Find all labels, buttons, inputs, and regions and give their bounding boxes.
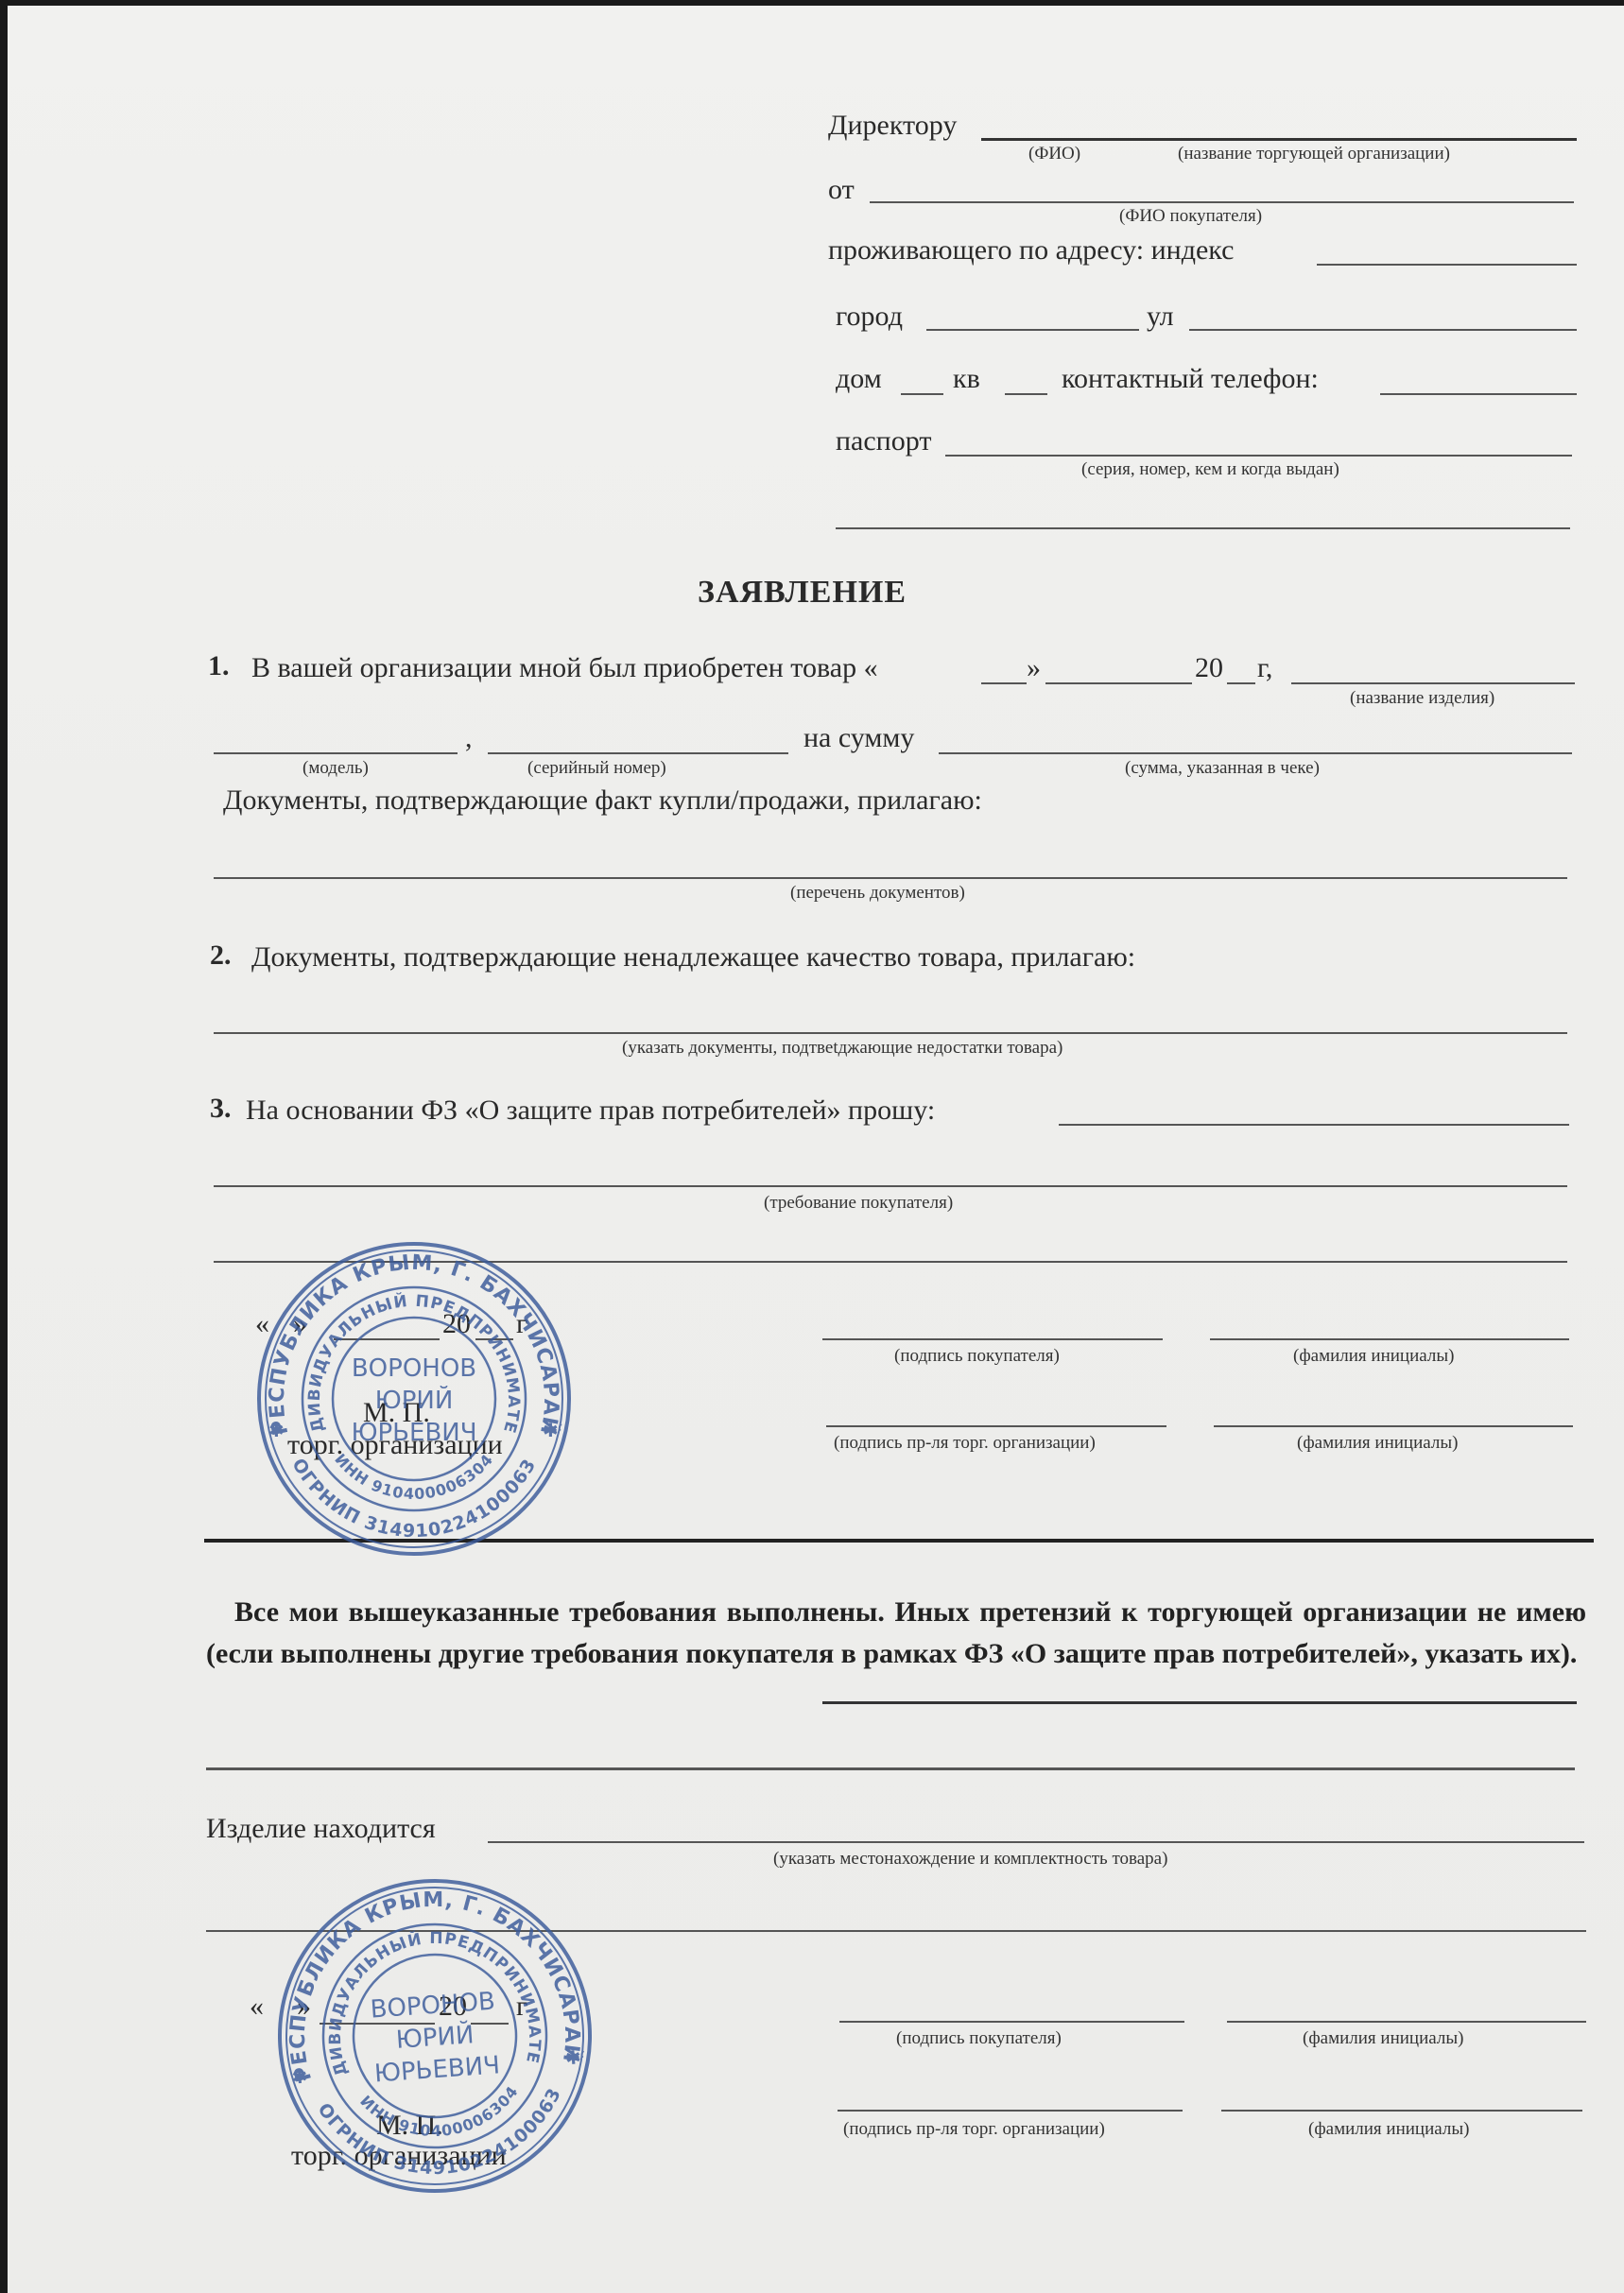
sum-field[interactable] <box>939 752 1572 754</box>
city-label: город <box>836 301 903 333</box>
house-label: дом <box>836 363 882 395</box>
section-2-text: Документы, подтверждающие ненадлежащее к… <box>251 941 1135 974</box>
document-title: ЗАЯВЛЕНИЕ <box>698 575 907 611</box>
section-2-number: 2. <box>210 940 232 972</box>
index-field[interactable] <box>1317 264 1577 266</box>
quality-docs-caption: (указать документы, подтвеtджающие недос… <box>622 1038 1063 1059</box>
seller-signature-field-2[interactable] <box>838 2110 1183 2112</box>
purchase-docs-caption: (перечень документов) <box>790 883 965 904</box>
svg-text:ЮРИЙ: ЮРИЙ <box>375 1385 454 1415</box>
street-label: ул <box>1147 301 1174 333</box>
buyer-name-caption-2: (фамилия инициалы) <box>1303 2028 1463 2049</box>
seller-signature-field-1[interactable] <box>826 1425 1166 1427</box>
quality-docs-field[interactable] <box>214 1032 1567 1034</box>
seller-name-field-2[interactable] <box>1221 2110 1582 2112</box>
product-name-field[interactable] <box>1291 682 1575 684</box>
seller-name-caption-1: (фамилия инициалы) <box>1297 1433 1458 1454</box>
svg-text:ИНН 910400006304: ИНН 910400006304 <box>355 2081 525 2146</box>
director-field[interactable] <box>981 138 1577 141</box>
purchase-year-field[interactable] <box>1227 682 1255 684</box>
phone-label: контактный телефон: <box>1062 363 1319 395</box>
sum-label: на сумму <box>803 722 914 754</box>
from-label: от <box>828 174 855 206</box>
svg-text:✱: ✱ <box>268 1419 285 1441</box>
buyer-signature-caption-2: (подпись покупателя) <box>896 2028 1062 2049</box>
seller-signature-caption-2: (подпись пр-ля торг. организации) <box>843 2119 1105 2140</box>
from-field[interactable] <box>870 201 1574 203</box>
request-field-2[interactable] <box>214 1185 1567 1187</box>
serial-field[interactable] <box>488 752 788 754</box>
quote-close: » <box>1027 652 1041 684</box>
section-1-number: 1. <box>208 650 230 682</box>
completion-statement: Все мои вышеуказанные требования выполне… <box>206 1592 1586 1675</box>
comma: , <box>465 722 473 754</box>
buyer-name-field-2[interactable] <box>1227 2021 1586 2023</box>
svg-text:ВОРОНОВ: ВОРОНОВ <box>352 1354 476 1383</box>
product-name-caption: (название изделия) <box>1350 688 1494 709</box>
from-caption: (ФИО покупателя) <box>1119 206 1262 227</box>
svg-text:✱: ✱ <box>291 2065 308 2089</box>
buyer-signature-caption-1: (подпись покупателя) <box>894 1346 1060 1367</box>
svg-text:ВОРОНОВ: ВОРОНОВ <box>370 1987 496 2024</box>
address-label: проживающего по адресу: индекс <box>828 234 1234 267</box>
model-caption: (модель) <box>302 758 369 779</box>
section-3-text: На основании ФЗ «О защите прав потребите… <box>246 1095 935 1127</box>
year-prefix: 20 <box>1195 652 1223 684</box>
passport-field-2[interactable] <box>836 527 1570 529</box>
buyer-name-field-1[interactable] <box>1210 1338 1569 1340</box>
request-caption: (требование покупателя) <box>764 1193 953 1214</box>
year-suffix: г, <box>1257 652 1272 684</box>
section-1-text: В вашей организации мной был приобретен … <box>251 652 878 684</box>
buyer-signature-field-2[interactable] <box>839 2021 1184 2023</box>
director-fio-caption: (ФИО) <box>1028 144 1080 164</box>
purchase-month-field[interactable] <box>1045 682 1192 684</box>
svg-text:ЮРЬЕВИЧ: ЮРЬЕВИЧ <box>373 2051 501 2088</box>
seller-name-caption-2: (фамилия инициалы) <box>1308 2119 1469 2140</box>
phone-field[interactable] <box>1380 393 1577 395</box>
passport-label: паспорт <box>836 425 931 457</box>
other-requirements-field-2[interactable] <box>206 1767 1575 1770</box>
director-label: Директору <box>828 110 957 142</box>
sum-caption: (сумма, указанная в чеке) <box>1125 758 1320 779</box>
model-field[interactable] <box>214 752 458 754</box>
location-label: Изделие находится <box>206 1813 436 1845</box>
seller-signature-caption-1: (подпись пр-ля торг. организации) <box>834 1433 1096 1454</box>
city-field[interactable] <box>926 329 1139 331</box>
buyer-name-caption-1: (фамилия инициалы) <box>1293 1346 1454 1367</box>
buyer-signature-field-1[interactable] <box>822 1338 1163 1340</box>
svg-text:✱: ✱ <box>543 1419 559 1441</box>
purchase-docs-label: Документы, подтверждающие факт купли/про… <box>223 784 982 817</box>
svg-text:✱: ✱ <box>564 2045 581 2069</box>
house-field[interactable] <box>901 393 943 395</box>
seller-name-field-1[interactable] <box>1214 1425 1573 1427</box>
apt-field[interactable] <box>1005 393 1047 395</box>
section-3-number: 3. <box>210 1093 232 1125</box>
street-field[interactable] <box>1189 329 1577 331</box>
company-stamp-2: РЕСПУБЛИКА КРЫМ, Г. БАХЧИСАРАЙИНДИВИДУАЛ… <box>266 1867 605 2206</box>
director-org-caption: (название торгующей организации) <box>1178 144 1450 164</box>
company-stamp-1: РЕСПУБЛИКА КРЫМ, Г. БАХЧИСАРАЙИНДИВИДУАЛ… <box>255 1240 573 1558</box>
document-page: Директору (ФИО) (название торгующей орга… <box>8 6 1624 2293</box>
purchase-docs-field[interactable] <box>214 877 1567 879</box>
location-field[interactable] <box>488 1841 1584 1843</box>
serial-caption: (серийный номер) <box>527 758 666 779</box>
other-requirements-field[interactable] <box>822 1701 1577 1704</box>
apt-label: кв <box>953 363 980 395</box>
date-open-2: « <box>250 1991 264 2023</box>
passport-caption: (серия, номер, кем и когда выдан) <box>1081 459 1339 480</box>
location-caption: (указать местонахождение и комплектность… <box>773 1849 1167 1870</box>
svg-text:ЮРЬЕВИЧ: ЮРЬЕВИЧ <box>351 1419 476 1447</box>
svg-text:ЮРИЙ: ЮРИЙ <box>395 2019 475 2055</box>
purchase-day-field[interactable] <box>981 682 1027 684</box>
passport-field[interactable] <box>945 455 1572 457</box>
request-field[interactable] <box>1059 1124 1569 1126</box>
